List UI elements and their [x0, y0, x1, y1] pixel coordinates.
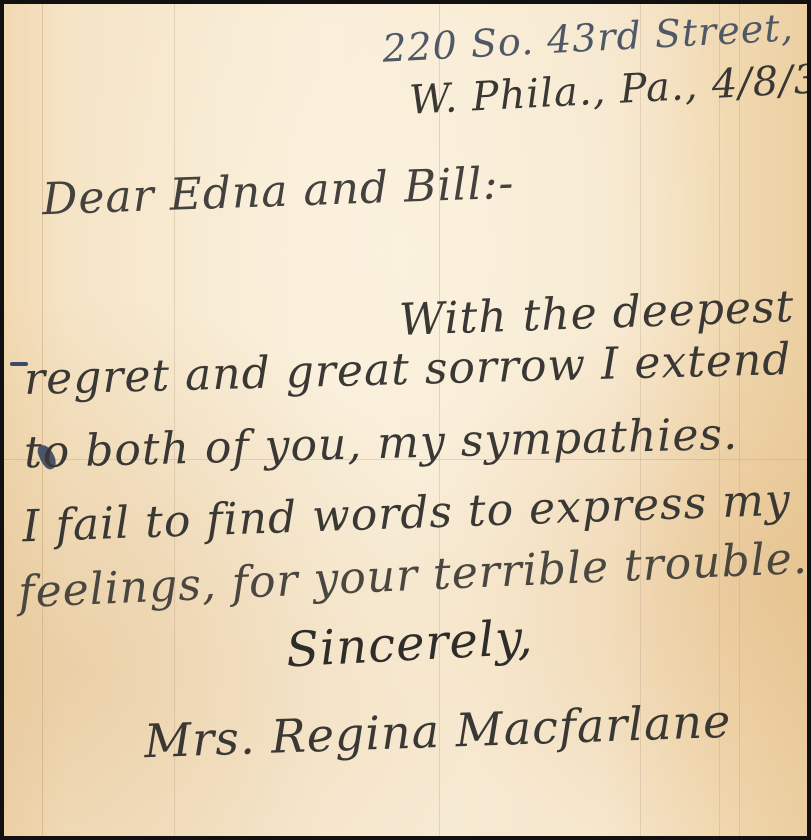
signature: Mrs. Regina Macfarlane — [143, 694, 732, 768]
closing: Sincerely, — [285, 610, 535, 679]
paper-fold-line — [42, 4, 43, 836]
faint-rule-line — [174, 4, 175, 836]
faint-rule-line — [739, 4, 740, 836]
image-frame: 220 So. 43rd Street, W. Phila., Pa., 4/8… — [0, 0, 811, 840]
letter-paper: 220 So. 43rd Street, W. Phila., Pa., 4/8… — [4, 4, 807, 836]
body-line-3: to both of you, my sympathies. — [23, 409, 738, 479]
body-line-2: regret and great sorrow I extend — [23, 334, 792, 405]
salutation: Dear Edna and Bill:- — [41, 158, 515, 225]
